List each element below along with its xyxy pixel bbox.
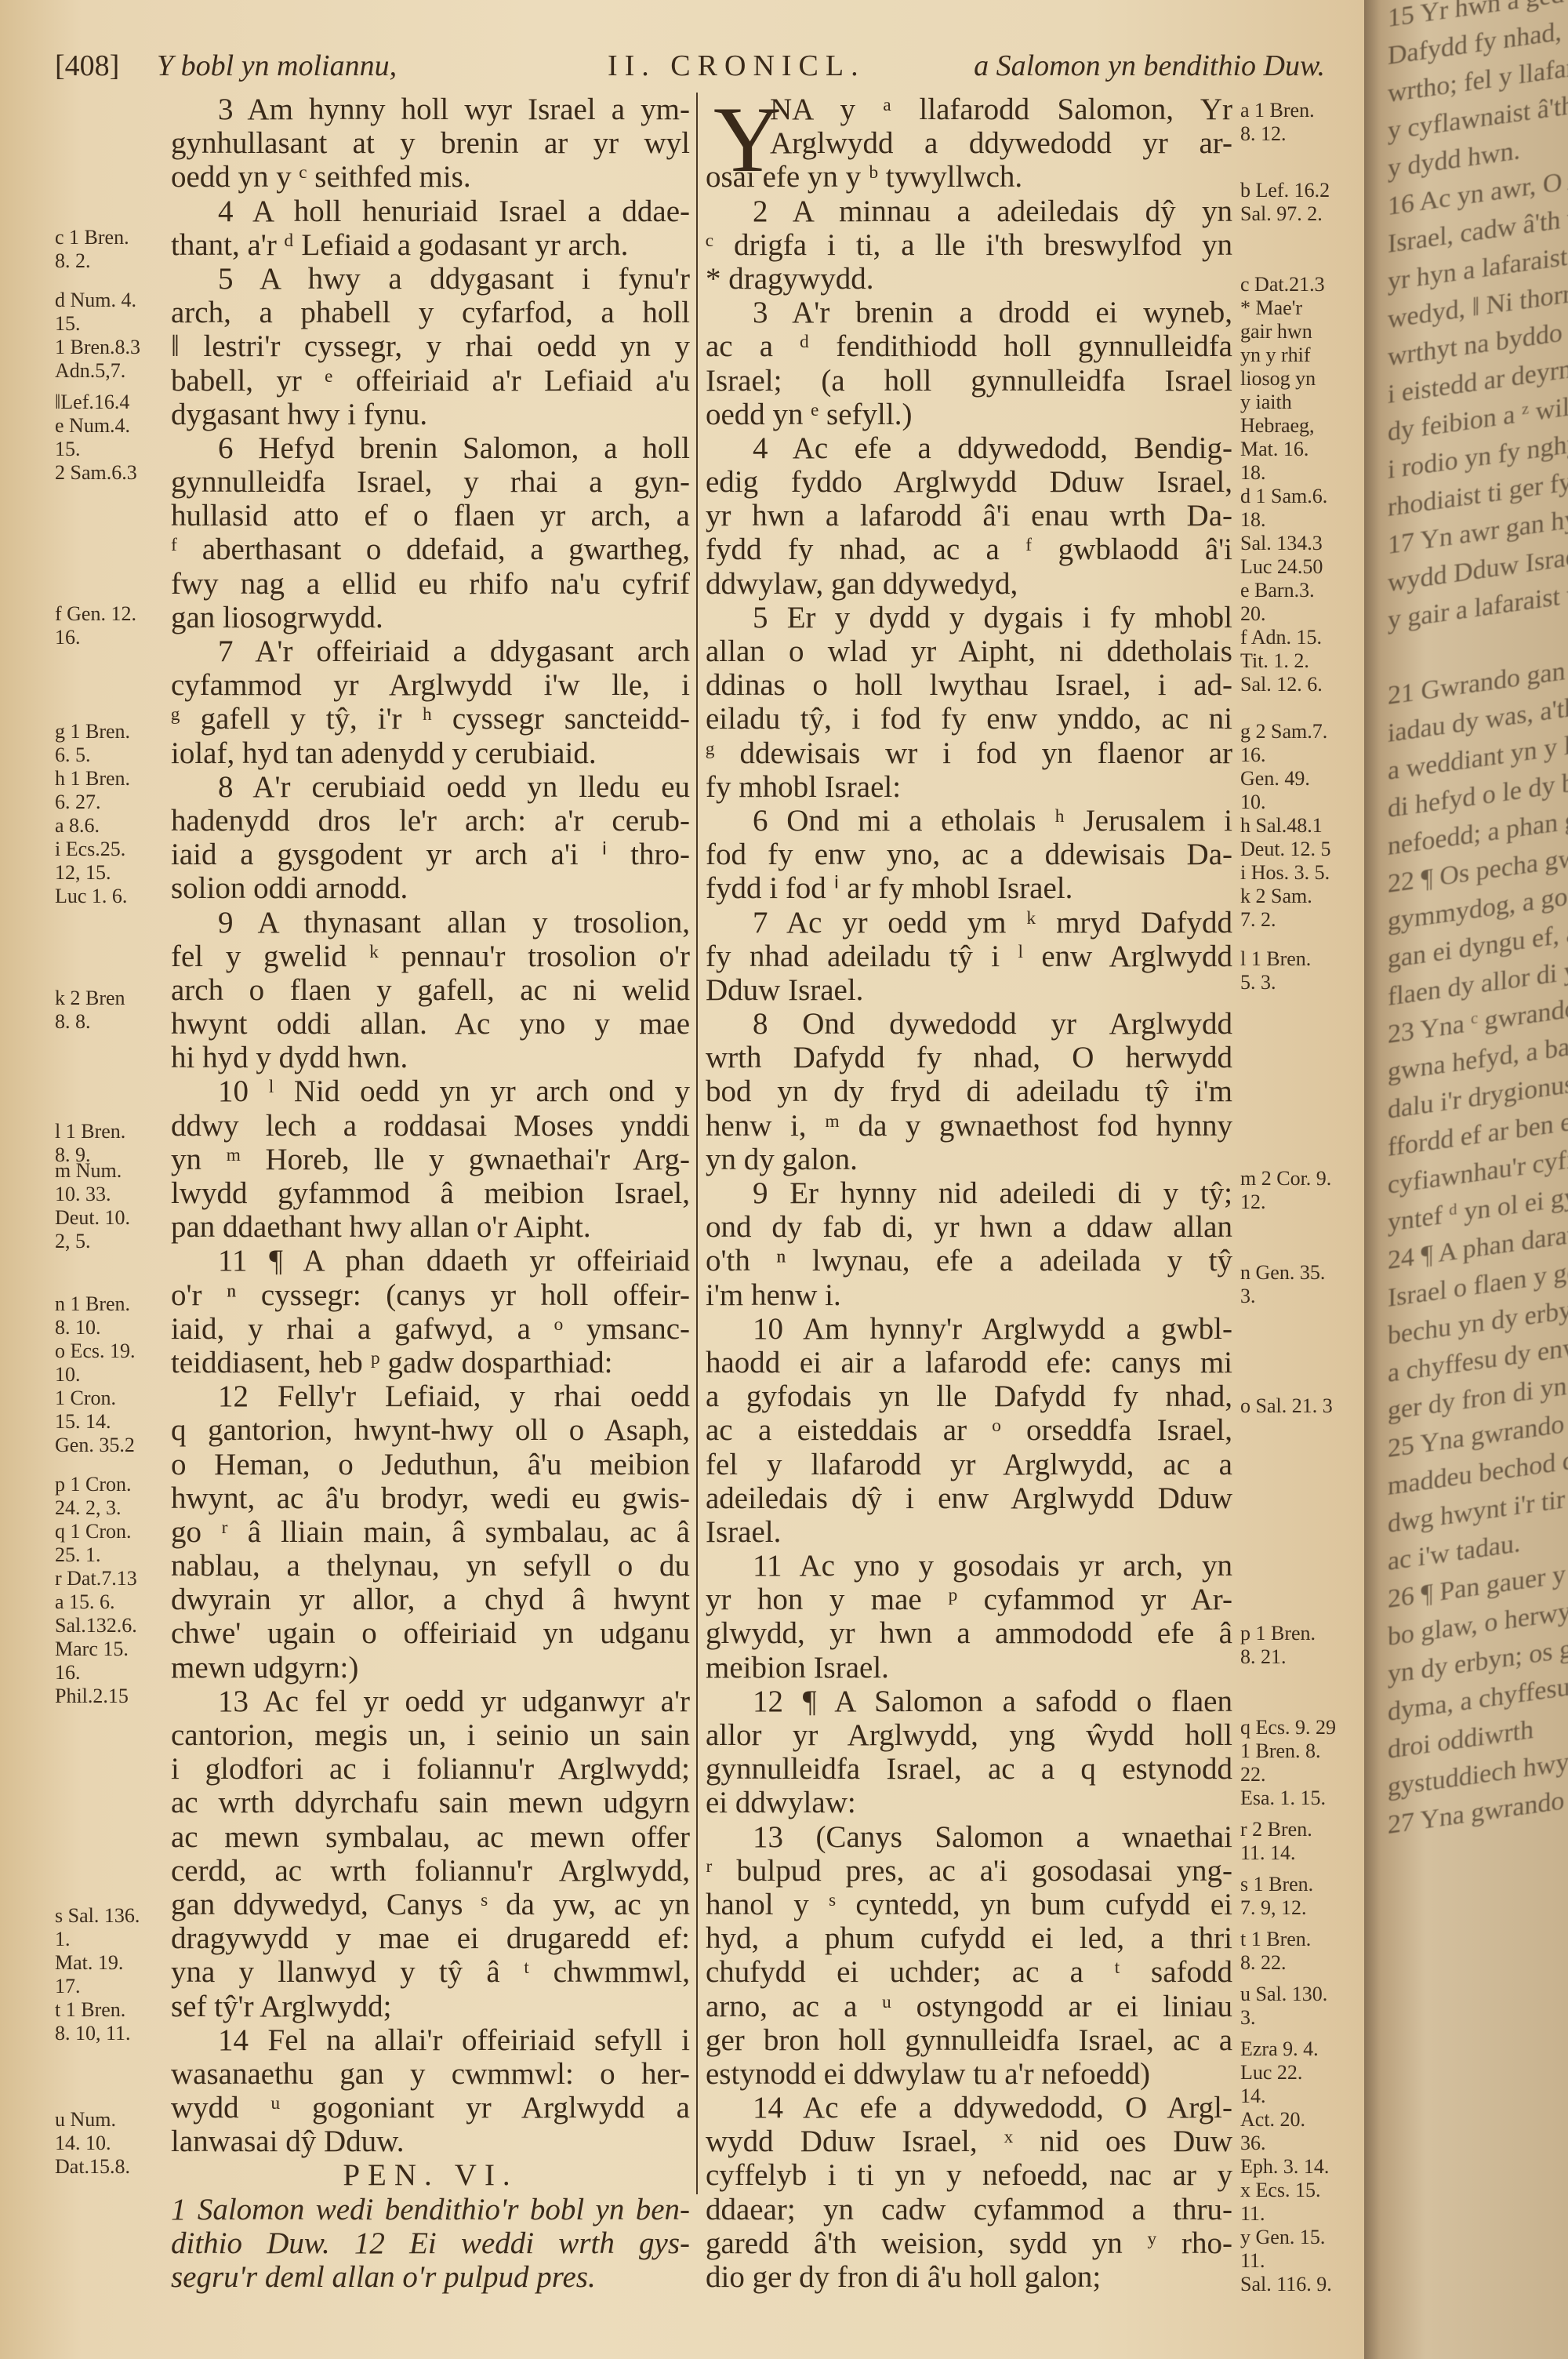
- left-column-text: 3 Am hynny holl wyr Israel a ym-gynhulla…: [171, 93, 690, 2294]
- verse-line: arch o flaen y gafell, ac ni welid: [171, 973, 690, 1007]
- verse-line: gan liosogrwydd.: [171, 601, 690, 634]
- verse-line: chufydd ei uchder; ac a ᵗ safodd: [706, 1955, 1232, 1989]
- margin-reference: Dat.15.8.: [55, 2155, 130, 2179]
- margin-reference: u Sal. 130.: [1240, 1983, 1327, 2006]
- verse-line: teiddiasent, heb ᵖ gadw dosparthiad:: [171, 1346, 690, 1379]
- verse-line: fwy nag a ellid eu rhifo na'u cyfrif: [171, 567, 690, 601]
- margin-reference: Luc 22.: [1240, 2061, 1302, 2085]
- margin-reference: y Gen. 15.: [1240, 2226, 1325, 2249]
- margin-reference: 8. 10, 11.: [55, 2022, 131, 2045]
- margin-reference: a 1 Bren.: [1240, 99, 1315, 122]
- verse-line: go ʳ â lliain main, â symbalau, ac â: [171, 1515, 690, 1549]
- verse-line: o'th ⁿ lwynau, efe a adeilada y tŷ: [706, 1244, 1232, 1278]
- verse-line: ei ddwylaw:: [706, 1786, 1232, 1819]
- verse-line: 11 Ac yno y gosodais yr arch, yn: [706, 1549, 1232, 1583]
- verse-line: ᶜ drigfa i ti, a lle i'th breswylfod yn: [706, 228, 1232, 262]
- margin-reference: 22.: [1240, 1763, 1266, 1787]
- verse-line: o Heman, o Jeduthun, â'u meibion: [171, 1448, 690, 1481]
- verse-line: 10 Am hynny'r Arglwydd a gwbl-: [706, 1312, 1232, 1346]
- margin-reference: Adn.5,7.: [55, 359, 125, 383]
- verse-line: ‖ lestri'r cyssegr, y rhai oedd yn y: [171, 329, 690, 363]
- verse-line: 14 Fel na allai'r offeiriaid sefyll i: [171, 2023, 690, 2057]
- verse-line: 7 A'r offeiriaid a ddygasant arch: [171, 634, 690, 668]
- verse-line: ᵍ gafell y tŷ, i'r ʰ cyssegr sancteidd-: [171, 702, 690, 736]
- verse-line: gynnulleidfa Israel, ac a q estynodd: [706, 1752, 1232, 1786]
- verse-line: cantorion, megis un, i seinio un sain: [171, 1718, 690, 1752]
- margin-reference: Ezra 9. 4.: [1240, 2037, 1319, 2061]
- verse-line: ddwy lech a roddasai Moses ynddi: [171, 1109, 690, 1143]
- margin-reference: Gen. 49.: [1240, 767, 1310, 791]
- verse-line: dragywydd y mae ei drugaredd ef:: [171, 1921, 690, 1955]
- chapter-summary-line: 1 Salomon wedi bendithio'r bobl yn ben-: [171, 2193, 690, 2226]
- header-left-title: Y bobl yn moliannu,: [157, 49, 397, 83]
- verse-line: 12 Felly'r Lefiaid, y rhai oedd: [171, 1379, 690, 1413]
- margin-reference: m 2 Cor. 9.: [1240, 1167, 1331, 1190]
- margin-reference: Sal. 134.3: [1240, 532, 1323, 555]
- margin-reference: g 2 Sam.7.: [1240, 720, 1327, 743]
- margin-reference: g 1 Bren.: [55, 720, 130, 743]
- margin-reference: d 1 Sam.6.: [1240, 485, 1327, 508]
- verse-line: dygasant hwy i fynu.: [171, 398, 690, 431]
- verse-line: gynnulleidfa Israel, y rhai a gyn-: [171, 465, 690, 499]
- margin-reference: Act. 20.: [1240, 2108, 1305, 2132]
- verse-line: fy mhobl Israel:: [706, 770, 1232, 804]
- margin-reference: 8. 2.: [55, 249, 91, 273]
- verse-line: yr hon y mae ᵖ cyfammod yr Ar-: [706, 1583, 1232, 1616]
- margin-reference: 10.: [1240, 791, 1266, 814]
- margin-reference: i Hos. 3. 5.: [1240, 861, 1330, 885]
- margin-reference: gair hwn: [1240, 320, 1312, 343]
- page-number: [408]: [55, 49, 119, 83]
- verse-line: iaid, y rhai a gafwyd, a ᵒ ymsanc-: [171, 1312, 690, 1346]
- verse-line: bod yn dy fryd di adeiladu tŷ i'm: [706, 1074, 1232, 1108]
- verse-line: osai efe yn y ᵇ tywyllwch.: [706, 160, 1232, 194]
- verse-line: chwe' ugain o offeiriaid yn udganu: [171, 1616, 690, 1650]
- margin-reference: s 1 Bren.: [1240, 1873, 1313, 1896]
- verse-line: 4 Ac efe a ddywedodd, Bendig-: [706, 431, 1232, 465]
- verse-line: allan o wlad yr Aipht, ni ddetholais: [706, 634, 1232, 668]
- verse-line: glwydd, yr hwn a ammododd efe â: [706, 1616, 1232, 1650]
- verse-line: eiladu tŷ, i fod fy enw ynddo, ac ni: [706, 702, 1232, 736]
- verse-line: ger bron holl gynnulleidfa Israel, ac a: [706, 2023, 1232, 2057]
- margin-reference: 8. 22.: [1240, 1951, 1287, 1975]
- margin-reference: 2, 5.: [55, 1230, 91, 1253]
- margin-reference: q Ecs. 9. 29: [1240, 1716, 1336, 1739]
- margin-reference: i Ecs.25.: [55, 838, 125, 861]
- verse-line: hanol y ˢ cyntedd, yn bum cufydd ei: [706, 1888, 1232, 1921]
- margin-reference: h 1 Bren.: [55, 767, 130, 791]
- margin-reference: 16.: [55, 1661, 81, 1685]
- margin-reference: Phil.2.15: [55, 1685, 129, 1708]
- verse-line: fydd i fod ⁱ ar fy mhobl Israel.: [706, 871, 1232, 905]
- verse-line: ond dy fab di, yr hwn a ddaw allan: [706, 1210, 1232, 1244]
- margin-reference: 16.: [1240, 743, 1266, 767]
- verse-line: ac wrth ddyrchafu sain mewn udgyrn: [171, 1786, 690, 1819]
- margin-reference: 8. 21.: [1240, 1645, 1287, 1669]
- verse-line: i'm henw i.: [706, 1278, 1232, 1312]
- verse-line: wydd ᵘ gogoniant yr Arglwydd a: [171, 2091, 690, 2125]
- verse-line: cerdd, ac wrth foliannu'r Arglwydd,: [171, 1854, 690, 1888]
- margin-reference: n 1 Bren.: [55, 1292, 130, 1316]
- margin-reference: Sal. 12. 6.: [1240, 673, 1323, 696]
- margin-reference: Mat. 19.: [55, 1951, 123, 1975]
- verse-line: ac a eisteddais ar ᵒ orseddfa Israel,: [706, 1413, 1232, 1447]
- verse-line: pan ddaethant hwy allan o'r Aipht.: [171, 1210, 690, 1244]
- verse-line: cyffelyb i ti yn y nefoedd, nac ar y: [706, 2158, 1232, 2192]
- margin-reference: u Num.: [55, 2108, 116, 2132]
- margin-reference: Gen. 35.2: [55, 1434, 135, 1457]
- margin-reference: a 8.6.: [55, 814, 100, 838]
- verse-line: babell, yr ᵉ offeiriaid a'r Lefiaid a'u: [171, 364, 690, 398]
- verse-line: 11 ¶ A phan ddaeth yr offeiriaid: [171, 1244, 690, 1278]
- verse-line: fydd fy nhad, ac a ᶠ gwblaodd â'i: [706, 533, 1232, 566]
- margin-reference: 2 Sam.6.3: [55, 461, 137, 485]
- margin-reference: p 1 Cron.: [55, 1473, 132, 1496]
- verse-line: fel y llafarodd yr Arglwydd, ac a: [706, 1448, 1232, 1481]
- verse-line: Israel.: [706, 1515, 1232, 1549]
- margin-reference: e Barn.3.: [1240, 579, 1315, 602]
- margin-reference: Luc 24.50: [1240, 555, 1323, 579]
- margin-reference: Esa. 1. 15.: [1240, 1787, 1326, 1810]
- verse-line: dio ger dy fron di â'u holl galon;: [706, 2260, 1232, 2294]
- verse-line: nablau, a thelynau, yn sefyll o du: [171, 1549, 690, 1583]
- margin-reference: r 2 Bren.: [1240, 1818, 1312, 1841]
- margin-reference: l 1 Bren.: [55, 1120, 125, 1143]
- margin-reference: 15.: [55, 312, 81, 336]
- verse-line: 7 Ac yr oedd ym ᵏ mryd Dafydd: [706, 906, 1232, 940]
- margin-reference: 11.: [1240, 2202, 1265, 2226]
- verse-line: 6 Hefyd brenin Salomon, a holl: [171, 431, 690, 465]
- margin-reference: b Lef. 16.2: [1240, 179, 1330, 202]
- verse-line: fel y gwelid ᵏ pennau'r trosolion o'r: [171, 940, 690, 973]
- verse-line: Israel; (a holl gynnulleidfa Israel: [706, 364, 1232, 398]
- verse-line: thant, a'r ᵈ Lefiaid a godasant yr arch.: [171, 228, 690, 262]
- margin-reference: 1 Bren. 8.: [1240, 1739, 1321, 1763]
- margin-reference: 18.: [1240, 508, 1266, 532]
- verse-line: i glodfori ac i foliannu'r Arglwydd;: [171, 1752, 690, 1786]
- verse-line: wrth Dafydd fy nhad, O herwydd: [706, 1041, 1232, 1074]
- verse-line: allor yr Arglwydd, yng ŵydd holl: [706, 1718, 1232, 1752]
- verse-line: gynhullasant at y brenin ar yr wyl: [171, 126, 690, 160]
- verse-line: sef tŷ'r Arglwydd;: [171, 1990, 690, 2023]
- verse-line: o'r ⁿ cyssegr: (canys yr holl offeir-: [171, 1278, 690, 1312]
- margin-reference: Mat. 16.: [1240, 438, 1308, 461]
- margin-reference: n Gen. 35.: [1240, 1261, 1325, 1285]
- verse-line: haodd ei air a lafarodd efe: canys mi: [706, 1346, 1232, 1379]
- verse-line: ac mewn symbalau, ac mewn offer: [171, 1820, 690, 1854]
- margin-reference: Hebraeg,: [1240, 414, 1315, 438]
- margin-reference: Sal.132.6.: [55, 1614, 137, 1637]
- verse-line: gan ddywedyd, Canys ˢ da yw, ac yn: [171, 1888, 690, 1921]
- verse-line: edig fyddo Arglwydd Dduw Israel,: [706, 465, 1232, 499]
- verse-line: Arglwydd a ddywedodd yr ar-: [706, 126, 1232, 160]
- verse-line: 9 Er hynny nid adeiledi di y tŷ;: [706, 1176, 1232, 1210]
- verse-line: henw i, ᵐ da y gwnaethost fod hynny: [706, 1109, 1232, 1143]
- margin-reference: 1 Cron.: [55, 1387, 116, 1410]
- margin-reference: 15.: [55, 438, 81, 461]
- verse-line: 8 A'r cerubiaid oedd yn lledu eu: [171, 770, 690, 804]
- margin-reference: q 1 Cron.: [55, 1520, 132, 1543]
- verse-line: fod fy enw yno, ac a ddewisais Da-: [706, 838, 1232, 871]
- margin-reference: Marc 15.: [55, 1637, 129, 1661]
- verse-line: 5 Er y dydd y dygais i fy mhobl: [706, 601, 1232, 634]
- margin-reference: o Ecs. 19.: [55, 1339, 136, 1363]
- verse-line: oedd yn ᵉ sefyll.): [706, 398, 1232, 431]
- header-right-title: a Salomon yn bendithio Duw.: [974, 49, 1325, 83]
- margin-reference: p 1 Bren.: [1240, 1622, 1316, 1645]
- verse-line: Dduw Israel.: [706, 973, 1232, 1007]
- margin-reference: * Mae'r: [1240, 296, 1302, 320]
- margin-reference: 1 Bren.8.3: [55, 336, 140, 359]
- margin-reference: 11. 14.: [1240, 1841, 1296, 1865]
- margin-reference: liosog yn: [1240, 367, 1316, 391]
- column-divider: [696, 93, 698, 2194]
- margin-reference: 10.: [55, 1363, 81, 1387]
- margin-reference: o Sal. 21. 3: [1240, 1394, 1333, 1418]
- margin-reference: 3.: [1240, 1285, 1256, 1308]
- margin-reference: yn y rhif: [1240, 343, 1311, 367]
- margin-reference: 25. 1.: [55, 1543, 101, 1567]
- margin-reference: k 2 Bren: [55, 987, 125, 1010]
- verse-line: adeiledais dŷ i enw Arglwydd Dduw: [706, 1481, 1232, 1515]
- verse-line: mewn udgyrn:): [171, 1651, 690, 1685]
- margin-reference: 8. 10.: [55, 1316, 101, 1339]
- verse-line: ᵍ ddewisais wr i fod yn flaenor ar: [706, 736, 1232, 770]
- verse-line: hullasid atto ef o flaen yr arch, a: [171, 499, 690, 533]
- margin-reference: ‖Lef.16.4: [55, 391, 129, 414]
- margin-reference: 1.: [55, 1928, 71, 1951]
- margin-reference: 12.: [1240, 1190, 1266, 1214]
- margin-reference: 10. 33.: [55, 1183, 111, 1206]
- verse-line: estynodd ei ddwylaw tu a'r nefoedd): [706, 2057, 1232, 2091]
- margin-reference: x Ecs. 15.: [1240, 2179, 1321, 2202]
- verse-line: arch, a phabell y cyfarfod, a holl: [171, 296, 690, 329]
- chapter-summary-line: segru'r deml allan o'r pulpud pres.: [171, 2260, 690, 2294]
- margin-reference: 7. 2.: [1240, 908, 1276, 932]
- verse-line: cyfammod yr Arglwydd i'w lle, i: [171, 668, 690, 702]
- margin-reference: 7. 9, 12.: [1240, 1896, 1307, 1920]
- margin-reference: 6. 5.: [55, 743, 91, 767]
- running-header: [408] Y bobl yn moliannu, II. CRONICL. a…: [55, 49, 1325, 88]
- margin-reference: t 1 Bren.: [55, 1998, 125, 2022]
- margin-reference: t 1 Bren.: [1240, 1928, 1311, 1951]
- margin-reference: 14. 10.: [55, 2132, 111, 2155]
- verse-line: dwyrain yr allor, a chyd â hwynt: [171, 1583, 690, 1616]
- margin-reference: Sal. 116. 9.: [1240, 2273, 1332, 2296]
- margin-reference: Tit. 1. 2.: [1240, 649, 1309, 673]
- margin-reference: 8. 12.: [1240, 122, 1287, 146]
- verse-line: yna y llanwyd y tŷ â ᵗ chwmmwl,: [171, 1955, 690, 1989]
- verse-line: ac a ᵈ fendithiodd holl gynnulleidfa: [706, 329, 1232, 363]
- verse-line: lanwasai dŷ Dduw.: [171, 2125, 690, 2158]
- verse-line: yn ᵐ Horeb, lle y gwnaethai'r Arg-: [171, 1143, 690, 1176]
- margin-reference: 36.: [1240, 2132, 1266, 2155]
- chapter-heading: PEN. VI.: [171, 2158, 690, 2192]
- verse-line: ʳ bulpud pres, ac a'i gosodasai yng-: [706, 1854, 1232, 1888]
- margin-reference: 5. 3.: [1240, 971, 1276, 994]
- margin-reference: f Adn. 15.: [1240, 626, 1322, 649]
- chapter-summary-line: dithio Duw. 12 Ei weddi wrth gys-: [171, 2226, 690, 2260]
- margin-reference: 24. 2, 3.: [55, 1496, 122, 1520]
- verse-line: NA y ᵃ llafarodd Salomon, Yr: [706, 93, 1232, 126]
- book-title: II. CRONICL.: [608, 49, 866, 83]
- margin-reference: Eph. 3. 14.: [1240, 2155, 1329, 2179]
- book-page: [408] Y bobl yn moliannu, II. CRONICL. a…: [0, 0, 1364, 2359]
- margin-reference: d Num. 4.: [55, 289, 136, 312]
- margin-reference: r Dat.7.13: [55, 1567, 137, 1590]
- margin-reference: Luc 1. 6.: [55, 885, 127, 908]
- verse-line: 3 A'r brenin a drodd ei wyneb,: [706, 296, 1232, 329]
- verse-line: 3 Am hynny holl wyr Israel a ym-: [171, 93, 690, 126]
- facing-page-text: 15 Yr hwn a gedwaistDafydd fy nhad, yr h…: [1388, 0, 1568, 1845]
- verse-line: yn dy galon.: [706, 1143, 1232, 1176]
- verse-line: 2 A minnau a adeiledais dŷ yn: [706, 194, 1232, 228]
- margin-reference: f Gen. 12.: [55, 602, 136, 626]
- verse-line: ddaear; yn cadw cyfammod a thru-: [706, 2193, 1232, 2226]
- verse-line: hwynt oddi allan. Ac yno y mae: [171, 1007, 690, 1041]
- margin-reference: 14.: [1240, 2085, 1266, 2108]
- margin-reference: y iaith: [1240, 391, 1292, 414]
- margin-reference: k 2 Sam.: [1240, 885, 1312, 908]
- verse-line: garedd â'th weision, sydd yn ʸ rho-: [706, 2226, 1232, 2260]
- verse-line: 12 ¶ A Salomon a safodd o flaen: [706, 1685, 1232, 1718]
- margin-reference: Deut. 10.: [55, 1206, 130, 1230]
- verse-line: 14 Ac efe a ddywedodd, O Argl-: [706, 2091, 1232, 2125]
- margin-reference: 12, 15.: [55, 861, 111, 885]
- verse-line: 9 A thynasant allan y trosolion,: [171, 906, 690, 940]
- verse-line: ddwylaw, gan ddywedyd,: [706, 567, 1232, 601]
- margin-reference: h Sal.48.1: [1240, 814, 1323, 838]
- margin-reference: Deut. 12. 5: [1240, 838, 1331, 861]
- margin-reference: 20.: [1240, 602, 1266, 626]
- margin-reference: Sal. 97. 2.: [1240, 202, 1323, 226]
- margin-reference: l 1 Bren.: [1240, 947, 1311, 971]
- verse-line: oedd yn y ᶜ seithfed mis.: [171, 160, 690, 194]
- margin-reference: a 15. 6.: [55, 1590, 115, 1614]
- verse-line: a gyfodais yn lle Dafydd fy nhad,: [706, 1379, 1232, 1413]
- verse-line: fy nhad adeiladu tŷ i ˡ enw Arglwydd: [706, 940, 1232, 973]
- verse-line: 10 ˡ Nid oedd yn yr arch ond y: [171, 1074, 690, 1108]
- margin-reference: 6. 27.: [55, 791, 101, 814]
- margin-reference: 17.: [55, 1975, 81, 1998]
- verse-line: iolaf, hyd tan adenydd y cerubiaid.: [171, 736, 690, 770]
- right-column-text: NA y ᵃ llafarodd Salomon, YrArglwydd a d…: [706, 93, 1232, 2294]
- drop-cap: Y: [713, 100, 782, 179]
- margin-reference: 3.: [1240, 2006, 1256, 2030]
- verse-line: wydd Dduw Israel, ˣ nid oes Duw: [706, 2125, 1232, 2158]
- verse-line: yr hwn a lafarodd â'i enau wrth Da-: [706, 499, 1232, 533]
- verse-line: hyd, a phum cufydd ei led, a thri: [706, 1921, 1232, 1955]
- verse-line: hwynt, ac â'u brodyr, wedi eu gwis-: [171, 1481, 690, 1515]
- verse-line: wasanaethu gan y cwmmwl: o her-: [171, 2057, 690, 2091]
- margin-reference: e Num.4.: [55, 414, 130, 438]
- verse-line: iaid a gysgodent yr arch a'i ⁱ thro-: [171, 838, 690, 871]
- verse-line: 13 (Canys Salomon a wnaethai: [706, 1820, 1232, 1854]
- verse-line: ᶠ aberthasant o ddefaid, a gwartheg,: [171, 533, 690, 566]
- margin-reference: 18.: [1240, 461, 1266, 485]
- verse-line: * dragywydd.: [706, 262, 1232, 296]
- verse-line: arno, ac a ᵘ ostyngodd ar ei liniau: [706, 1990, 1232, 2023]
- margin-reference: 15. 14.: [55, 1410, 111, 1434]
- verse-line: 6 Ond mi a etholais ʰ Jerusalem i: [706, 804, 1232, 838]
- margin-reference: c Dat.21.3: [1240, 273, 1325, 296]
- verse-line: 8 Ond dywedodd yr Arglwydd: [706, 1007, 1232, 1041]
- margin-reference: 11.: [1240, 2249, 1265, 2273]
- margin-reference: c 1 Bren.: [55, 226, 129, 249]
- margin-reference: s Sal. 136.: [55, 1904, 140, 1928]
- verse-line: 5 A hwy a ddygasant i fynu'r: [171, 262, 690, 296]
- verse-line: solion oddi arnodd.: [171, 871, 690, 905]
- verse-line: meibion Israel.: [706, 1651, 1232, 1685]
- margin-reference: 16.: [55, 626, 81, 649]
- verse-line: lwydd gyfammod â meibion Israel,: [171, 1176, 690, 1210]
- facing-page-edge: 15 Yr hwn a gedwaistDafydd fy nhad, yr h…: [1364, 0, 1568, 2359]
- margin-reference: m Num.: [55, 1159, 122, 1183]
- verse-line: hadenydd dros le'r arch: a'r cerub-: [171, 804, 690, 838]
- verse-line: 13 Ac fel yr oedd yr udganwyr a'r: [171, 1685, 690, 1718]
- verse-line: q gantorion, hwynt-hwy oll o Asaph,: [171, 1413, 690, 1447]
- verse-line: ddinas o holl lwythau Israel, i ad-: [706, 668, 1232, 702]
- verse-line: 4 A holl henuriaid Israel a ddae-: [171, 194, 690, 228]
- verse-line: hi hyd y dydd hwn.: [171, 1041, 690, 1074]
- margin-reference: 8. 8.: [55, 1010, 91, 1034]
